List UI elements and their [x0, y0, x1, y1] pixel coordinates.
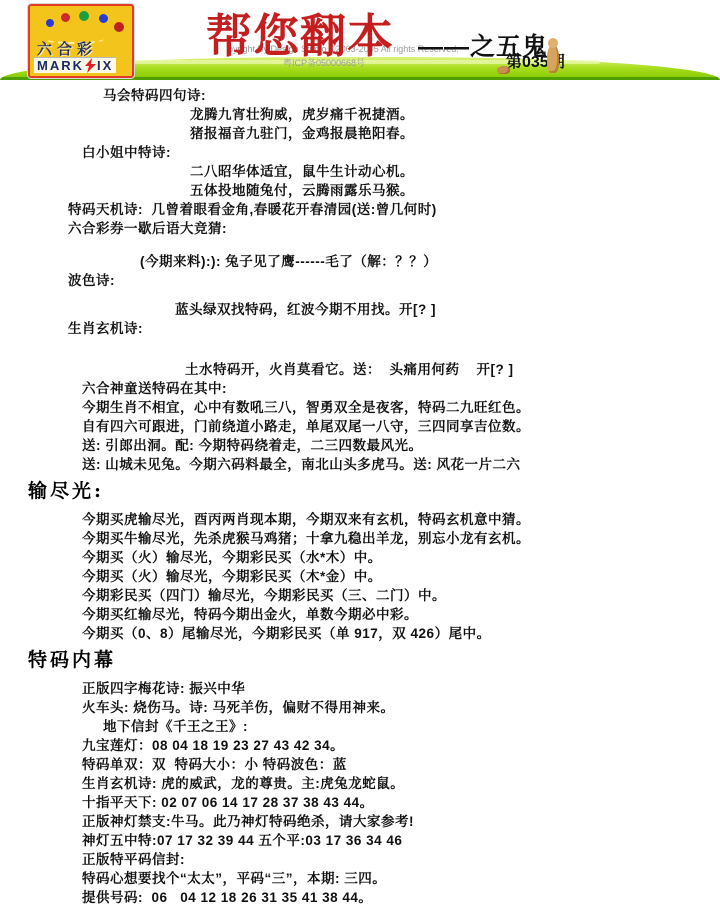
- text-line: 生肖玄机诗: 虎的威武，龙的尊贵。主:虎兔龙蛇鼠。: [82, 774, 720, 793]
- text-line: 特码单双：双 特码大小：小 特码波色：蓝: [82, 755, 720, 774]
- text-line: 地下信封《千王之王》:: [103, 717, 720, 736]
- text-line: 土水特码开，火肖莫看它。送： 头痛用何药 开[? ]: [185, 360, 720, 379]
- content-lines: 马会特码四句诗:龙腾九宵壮狗威，虎岁痛千祝捷酒。猪报福音九驻门，金鸡报晨艳阳春。…: [0, 86, 720, 907]
- tip-sheet-page: 六合彩 MARK IX 帮您翻本 ——之五鬼 pyright By Design…: [0, 0, 720, 916]
- logo-dot-icon: [114, 22, 124, 32]
- text-line: 龙腾九宵壮狗威，虎岁痛千祝捷酒。: [190, 105, 720, 124]
- text-line: 正版特平码信封:: [82, 850, 720, 869]
- text-line: 今期买虎输尽光，酉丙两肖现本期，今期双来有玄机，特码玄机意中猜。: [82, 510, 720, 529]
- text-line: 特码心想要找个“太太”，平码“三”，本期: 三四。: [82, 869, 720, 888]
- text-line: 神灯五中特:07 17 32 39 44 五个平:03 17 36 34 46: [82, 831, 720, 850]
- lightning-icon: [85, 58, 96, 73]
- snail-figure: [497, 66, 510, 74]
- text-line: 今期买牛输尽光，先杀虎猴马鸡猪；十拿九稳出羊龙，别忘小龙有玄机。: [82, 529, 720, 548]
- text-line: 生肖玄机诗:: [68, 319, 720, 338]
- text-line: 今期彩民买（四门）输尽光，今期彩民买（三、二门）中。: [82, 586, 720, 605]
- text-line: 波色诗:: [68, 271, 720, 290]
- text-line: 今期买（火）输尽光，今期彩民买（木*金）中。: [82, 567, 720, 586]
- section-heading: 特码内幕: [28, 648, 720, 672]
- text-line: 六合彩券一歇后语大竞猜:: [68, 219, 720, 238]
- text-line: 送: 引郎出洞。配: 今期特码绕着走，二三四数最风光。: [82, 436, 720, 455]
- logo-english-text: MARK IX: [34, 57, 116, 73]
- page-title: 帮您翻本: [206, 0, 394, 66]
- text-line: 六合神童送特码在其中:: [82, 379, 720, 398]
- text-line: 正版四字梅花诗: 振兴中华: [82, 679, 720, 698]
- mark-six-logo: 六合彩 MARK IX: [28, 4, 134, 78]
- logo-dot-icon: [61, 13, 70, 22]
- text-line: 今期买红输尽光，特码今期出金火，单数今期必中彩。: [82, 605, 720, 624]
- text-line: 火车头: 烧伤马。诗: 马死羊伤，偏财不得用神来。: [82, 698, 720, 717]
- text-line: 正版神灯禁支:牛马。此乃神灯特码绝杀，请大家参考!: [82, 812, 720, 831]
- text-line: 马会特码四句诗:: [103, 86, 720, 105]
- text-line: 二八昭华体适宜，鼠牛生计动心机。: [190, 162, 720, 181]
- mascot-figure: [547, 45, 559, 73]
- text-line: 猪报福音九驻门，金鸡报晨艳阳春。: [190, 124, 720, 143]
- logo-dot-icon: [46, 19, 54, 27]
- text-line: 送: 山城未见兔。今期六码料最全，南北山头多虎马。送: 风花一片二六: [82, 455, 720, 474]
- logo-dot-icon: [99, 14, 108, 23]
- text-line: 蓝头绿双找特码，红波今期不用找。开[? ]: [175, 300, 720, 319]
- text-line: 今期买（0、8）尾输尽光，今期彩民买（单 917，双 426）尾中。: [82, 624, 720, 643]
- text-line: 提供号码: 06 04 12 18 26 31 35 41 38 44。: [82, 888, 720, 907]
- text-line: 五体投地随兔付，云腾雨露乐马猴。: [190, 181, 720, 200]
- text-line: 白小姐中特诗:: [82, 143, 720, 162]
- text-line: 今期买（火）输尽光，今期彩民买（水*木）中。: [82, 548, 720, 567]
- text-line: 十指平天下: 02 07 06 14 17 28 37 38 43 44。: [82, 793, 720, 812]
- logo-chinese-text: 六合彩: [37, 38, 97, 59]
- text-line: 九宝莲灯：08 04 18 19 23 27 43 42 34。: [82, 736, 720, 755]
- text-line: 自有四六可跟进，门前绕道小路走，单尾双尾一八守，三四同享吉位数。: [82, 417, 720, 436]
- logo-dot-icon: [79, 11, 89, 21]
- logo-en-right: IX: [97, 58, 113, 73]
- section-heading: 输尽光:: [28, 479, 720, 503]
- page-header: 六合彩 MARK IX 帮您翻本 ——之五鬼 pyright By Design…: [0, 0, 720, 82]
- logo-en-left: MARK: [37, 58, 84, 73]
- text-line: (今期来料):): 兔子见了鹰------毛了（解：？？）: [140, 252, 720, 271]
- text-line: 特码天机诗: 几曾着眼看金角,春暖花开春清园(送:曾几何时): [68, 200, 720, 219]
- text-line: 今期生肖不相宜，心中有数吼三八，智勇双全是夜客，特码二九旺红色。: [82, 398, 720, 417]
